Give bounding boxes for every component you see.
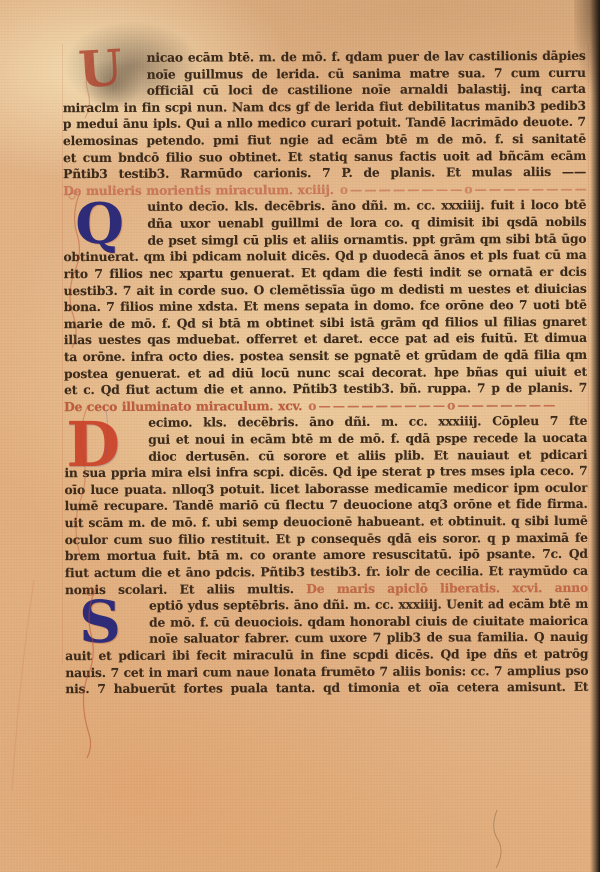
paragraph-lines: eptiō ydus septēbris. āno dñi. m. cc. xx… — [65, 596, 588, 698]
rubric-miracle-96: De maris apiclō liberatis. xcvi. anno — [306, 579, 588, 595]
manuscript-page-photo: U nicao ecām btē. m. de mō. f. qdam puer… — [0, 0, 600, 872]
rubric-line-filler: o—————————o——————— — [308, 397, 587, 415]
initial-d: D — [66, 414, 120, 476]
parchment-crack — [494, 810, 501, 868]
manuscript-text-line: in sua ppria mira elsi infra scpi. dicēs… — [64, 463, 587, 482]
manuscript-text-line: auit et pdicari ibi fecit miraculū in fi… — [65, 646, 588, 665]
rubric-line-filler: o————————o———————— — [340, 181, 586, 199]
parchment-crease — [12, 580, 34, 790]
initial-s: S — [79, 593, 121, 651]
manuscript-text-line: eptiō ydus septēbris. āno dñi. m. cc. xx… — [65, 596, 588, 615]
manuscript-text-line: rito 7 filios nec xpartu genuerat. Et qd… — [64, 264, 587, 283]
manuscript-text-line: elemosinas petendo. pmi fiut ngie ad ecā… — [63, 131, 586, 150]
initial-u: U — [77, 43, 123, 95]
manuscript-text-line: nis. 7 habuerūt fortes puala tanta. qd t… — [65, 679, 588, 698]
manuscript-text-line: officiāl cū loci de castilione noīe arna… — [63, 81, 586, 100]
text-block: U nicao ecām btē. m. de mō. f. qdam puer… — [63, 48, 589, 698]
paragraph-lines: ecimo. kls. decēbris. āno dñi. m. cc. xx… — [64, 413, 588, 581]
manuscript-text-line: dña uxor uenabl guillmi de lora co. q di… — [63, 214, 586, 233]
photo-edge-shadow-right — [590, 0, 600, 872]
initial-q: Q — [75, 196, 124, 252]
paragraph-lines: nicao ecām btē. m. de mō. f. qdam puer d… — [63, 48, 587, 183]
paragraph-lines: uinto decīo. kls. decēbris. āno dñi. m. … — [63, 197, 587, 399]
manuscript-text-line: bona. 7 filios mine xdsta. Et mens sepat… — [64, 297, 587, 316]
manuscript-text-line: nicao ecām btē. m. de mō. f. qdam puer d… — [63, 48, 586, 67]
manuscript-text-line: fiut actum die et āno pdcis. Pñtib3 test… — [65, 563, 588, 582]
photo-corner-shadow — [574, 0, 600, 120]
manuscript-text-line: uit scām m. de mō. f. ubi semp deuocionē… — [65, 513, 588, 532]
paragraph-miracle-93: U nicao ecām btē. m. de mō. f. qdam puer… — [63, 48, 587, 183]
paragraph-miracle-95: D ecimo. kls. decēbris. āno dñi. m. cc. … — [64, 413, 588, 598]
manuscript-text-line: gui et noui in ecām btē m de mō. f. qdā … — [64, 430, 587, 449]
ruling-line-right — [588, 44, 589, 664]
manuscript-text-line: ta orōne. infra octo dies. postea sensit… — [64, 347, 587, 366]
paragraph-miracle-94: Q uinto decīo. kls. decēbris. āno dñi. m… — [63, 197, 587, 399]
paragraph-miracle-96: S eptiō ydus septēbris. āno dñi. m. cc. … — [65, 596, 588, 698]
